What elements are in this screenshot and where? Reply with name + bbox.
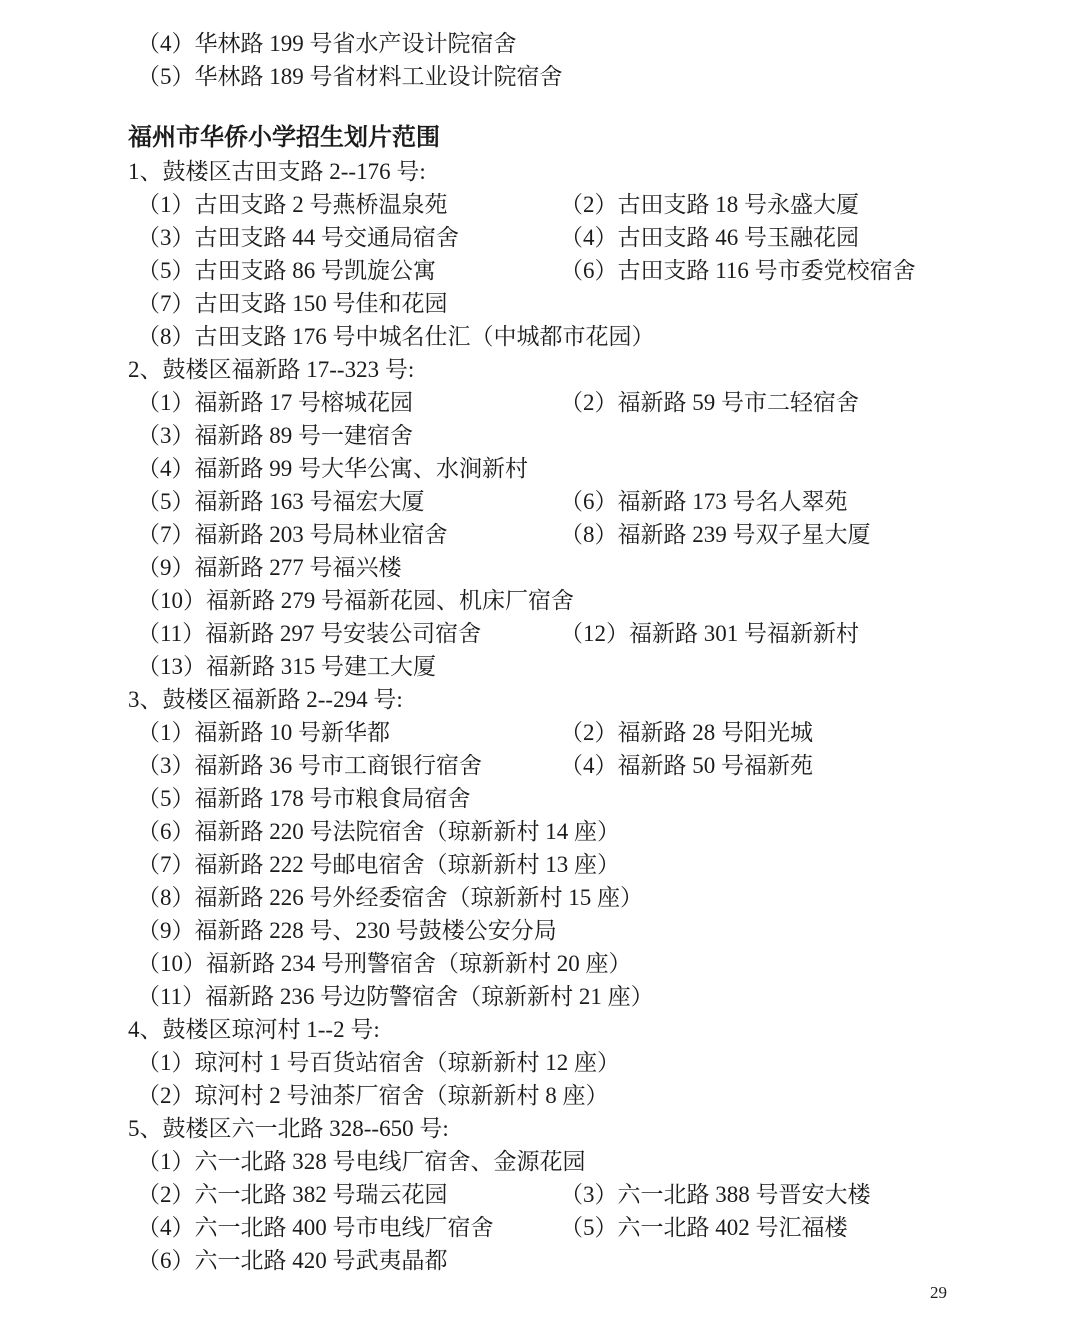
entry-text: （6）福新路 220 号法院宿舍（琼新新村 14 座） xyxy=(137,819,620,844)
doc-line: （7）福新路 222 号邮电宿舍（琼新新村 13 座） xyxy=(128,848,1000,881)
entry-text: 4、鼓楼区琼河村 1--2 号: xyxy=(128,1017,380,1042)
section-header: 2、鼓楼区福新路 17--323 号: xyxy=(128,353,1000,386)
entry-text: （3）福新路 36 号市工商银行宿舍 xyxy=(137,749,560,782)
entry-text: 2、鼓楼区福新路 17--323 号: xyxy=(128,357,414,382)
document-page: （4）华林路 199 号省水产设计院宿舍（5）华林路 189 号省材料工业设计院… xyxy=(0,0,1080,1327)
entry-text: （5）华林路 189 号省材料工业设计院宿舍 xyxy=(137,64,563,89)
entry-text: （4）古田支路 46 号玉融花园 xyxy=(560,225,859,250)
entry-text: （9）福新路 277 号福兴楼 xyxy=(137,555,402,580)
section-header: 5、鼓楼区六一北路 328--650 号: xyxy=(128,1112,1000,1145)
entry-text: 5、鼓楼区六一北路 328--650 号: xyxy=(128,1116,449,1141)
doc-line: （7）福新路 203 号局林业宿舍（8）福新路 239 号双子星大厦 xyxy=(128,518,1000,551)
doc-line: （1）六一北路 328 号电线厂宿舍、金源花园 xyxy=(128,1145,1000,1178)
entry-text: （13）福新路 315 号建工大厦 xyxy=(137,654,436,679)
paragraph-spacer xyxy=(128,93,1000,122)
entry-text: （1）琼河村 1 号百货站宿舍（琼新新村 12 座） xyxy=(137,1050,620,1075)
document-body: （4）华林路 199 号省水产设计院宿舍（5）华林路 189 号省材料工业设计院… xyxy=(0,0,1080,1277)
pre-items: （4）华林路 199 号省水产设计院宿舍（5）华林路 189 号省材料工业设计院… xyxy=(128,27,1000,93)
entry-text: （7）福新路 222 号邮电宿舍（琼新新村 13 座） xyxy=(137,852,620,877)
entry-text: （9）福新路 228 号、230 号鼓楼公安分局 xyxy=(137,918,557,943)
entry-text: （6）福新路 173 号名人翠苑 xyxy=(560,489,848,514)
sections-container: 1、鼓楼区古田支路 2--176 号:（1）古田支路 2 号燕桥温泉苑（2）古田… xyxy=(128,155,1000,1277)
entry-text: （7）古田支路 150 号佳和花园 xyxy=(137,291,448,316)
doc-line: （4）华林路 199 号省水产设计院宿舍 xyxy=(128,27,1000,60)
doc-line: （10）福新路 279 号福新花园、机床厂宿舍 xyxy=(128,584,1000,617)
entry-text: （2）琼河村 2 号油茶厂宿舍（琼新新村 8 座） xyxy=(137,1083,609,1108)
entry-text: （10）福新路 279 号福新花园、机床厂宿舍 xyxy=(137,588,574,613)
entry-text: （5）古田支路 86 号凯旋公寓 xyxy=(137,254,560,287)
entry-text: （4）六一北路 400 号市电线厂宿舍 xyxy=(137,1211,560,1244)
entry-text: （2）福新路 59 号市二轻宿舍 xyxy=(560,390,859,415)
doc-line: （1）古田支路 2 号燕桥温泉苑（2）古田支路 18 号永盛大厦 xyxy=(128,188,1000,221)
doc-line: （3）古田支路 44 号交通局宿舍（4）古田支路 46 号玉融花园 xyxy=(128,221,1000,254)
doc-line: （11）福新路 236 号边防警宿舍（琼新新村 21 座） xyxy=(128,980,1000,1013)
entry-text: （6）古田支路 116 号市委党校宿舍 xyxy=(560,258,916,283)
entry-text: （5）福新路 163 号福宏大厦 xyxy=(137,485,560,518)
entry-text: 1、鼓楼区古田支路 2--176 号: xyxy=(128,159,426,184)
entry-text: （2）福新路 28 号阳光城 xyxy=(560,720,813,745)
entry-text: （3）福新路 89 号一建宿舍 xyxy=(137,423,413,448)
doc-line: （6）福新路 220 号法院宿舍（琼新新村 14 座） xyxy=(128,815,1000,848)
doc-line: （7）古田支路 150 号佳和花园 xyxy=(128,287,1000,320)
entry-text: （1）六一北路 328 号电线厂宿舍、金源花园 xyxy=(137,1149,586,1174)
entry-text: （6）六一北路 420 号武夷晶都 xyxy=(137,1248,448,1273)
entry-text: （11）福新路 297 号安装公司宿舍 xyxy=(137,617,560,650)
doc-line: （2）琼河村 2 号油茶厂宿舍（琼新新村 8 座） xyxy=(128,1079,1000,1112)
doc-line: （8）福新路 226 号外经委宿舍（琼新新村 15 座） xyxy=(128,881,1000,914)
doc-line: （8）古田支路 176 号中城名仕汇（中城都市花园） xyxy=(128,320,1000,353)
entry-text: （7）福新路 203 号局林业宿舍 xyxy=(137,518,560,551)
section-header: 4、鼓楼区琼河村 1--2 号: xyxy=(128,1013,1000,1046)
doc-line: （13）福新路 315 号建工大厦 xyxy=(128,650,1000,683)
entry-text: （3）六一北路 388 号晋安大楼 xyxy=(560,1182,871,1207)
entry-text: （10）福新路 234 号刑警宿舍（琼新新村 20 座） xyxy=(137,951,632,976)
doc-line: （9）福新路 277 号福兴楼 xyxy=(128,551,1000,584)
doc-line: （1）琼河村 1 号百货站宿舍（琼新新村 12 座） xyxy=(128,1046,1000,1079)
doc-line: （9）福新路 228 号、230 号鼓楼公安分局 xyxy=(128,914,1000,947)
doc-line: （2）六一北路 382 号瑞云花园（3）六一北路 388 号晋安大楼 xyxy=(128,1178,1000,1211)
doc-line: （4）福新路 99 号大华公寓、水涧新村 xyxy=(128,452,1000,485)
doc-line: （3）福新路 89 号一建宿舍 xyxy=(128,419,1000,452)
doc-line: （5）古田支路 86 号凯旋公寓（6）古田支路 116 号市委党校宿舍 xyxy=(128,254,1000,287)
entry-text: （12）福新路 301 号福新新村 xyxy=(560,621,859,646)
doc-line: （5）福新路 178 号市粮食局宿舍 xyxy=(128,782,1000,815)
entry-text: （1）福新路 17 号榕城花园 xyxy=(137,386,560,419)
doc-line: （5）福新路 163 号福宏大厦（6）福新路 173 号名人翠苑 xyxy=(128,485,1000,518)
entry-text: （4）福新路 99 号大华公寓、水涧新村 xyxy=(137,456,528,481)
doc-line: （4）六一北路 400 号市电线厂宿舍（5）六一北路 402 号汇福楼 xyxy=(128,1211,1000,1244)
entry-text: （2）六一北路 382 号瑞云花园 xyxy=(137,1178,560,1211)
section-header: 1、鼓楼区古田支路 2--176 号: xyxy=(128,155,1000,188)
doc-title: 福州市华侨小学招生划片范围 xyxy=(128,122,1000,155)
entry-text: 3、鼓楼区福新路 2--294 号: xyxy=(128,687,403,712)
entry-text: （1）古田支路 2 号燕桥温泉苑 xyxy=(137,188,560,221)
entry-text: （8）古田支路 176 号中城名仕汇（中城都市花园） xyxy=(137,324,655,349)
entry-text: （11）福新路 236 号边防警宿舍（琼新新村 21 座） xyxy=(137,984,654,1009)
doc-line: （1）福新路 17 号榕城花园（2）福新路 59 号市二轻宿舍 xyxy=(128,386,1000,419)
section-header: 3、鼓楼区福新路 2--294 号: xyxy=(128,683,1000,716)
page-number: 29 xyxy=(930,1283,947,1303)
doc-line: （10）福新路 234 号刑警宿舍（琼新新村 20 座） xyxy=(128,947,1000,980)
entry-text: （4）华林路 199 号省水产设计院宿舍 xyxy=(137,31,517,56)
entry-text: （2）古田支路 18 号永盛大厦 xyxy=(560,192,859,217)
entry-text: （8）福新路 239 号双子星大厦 xyxy=(560,522,871,547)
entry-text: （1）福新路 10 号新华都 xyxy=(137,716,560,749)
doc-line: （11）福新路 297 号安装公司宿舍（12）福新路 301 号福新新村 xyxy=(128,617,1000,650)
entry-text: （8）福新路 226 号外经委宿舍（琼新新村 15 座） xyxy=(137,885,643,910)
entry-text: （4）福新路 50 号福新苑 xyxy=(560,753,813,778)
entry-text: （5）六一北路 402 号汇福楼 xyxy=(560,1215,848,1240)
doc-line: （5）华林路 189 号省材料工业设计院宿舍 xyxy=(128,60,1000,93)
doc-line: （1）福新路 10 号新华都（2）福新路 28 号阳光城 xyxy=(128,716,1000,749)
doc-line: （6）六一北路 420 号武夷晶都 xyxy=(128,1244,1000,1277)
doc-line: （3）福新路 36 号市工商银行宿舍（4）福新路 50 号福新苑 xyxy=(128,749,1000,782)
entry-text: （5）福新路 178 号市粮食局宿舍 xyxy=(137,786,471,811)
entry-text: （3）古田支路 44 号交通局宿舍 xyxy=(137,221,560,254)
